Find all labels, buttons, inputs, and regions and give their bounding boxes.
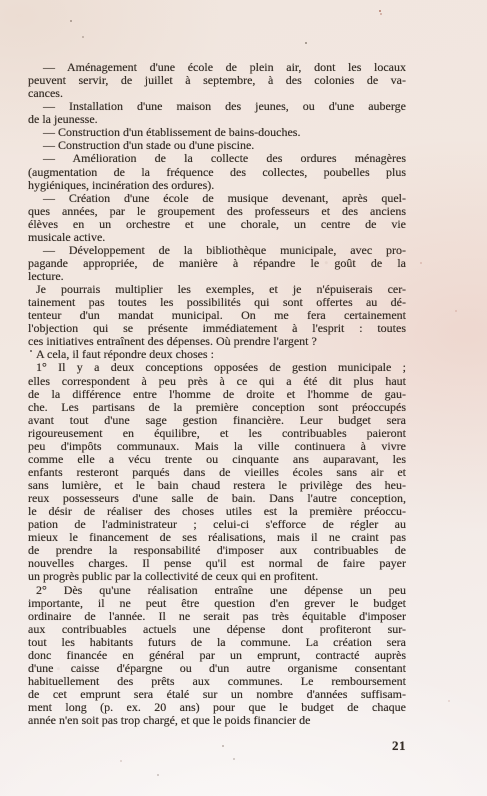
text-line: l'objection qui se présente immédiatemen… xyxy=(28,322,406,335)
text-block: — Aménagement d'une école de plein air, … xyxy=(28,61,406,727)
text-line: musicale active. xyxy=(28,231,406,244)
page-number: 21 xyxy=(28,738,406,754)
text-line: — Installation d'une maison des jeunes, … xyxy=(28,100,406,113)
text-line: cances. xyxy=(28,87,406,100)
paragraph: — Aménagement d'une école de plein air, … xyxy=(28,61,406,100)
text-line: de cet emprunt sera étalé sur un nombre … xyxy=(28,688,406,701)
paragraph: — Création d'une école de musique devena… xyxy=(28,192,406,244)
text-line: avant tout d'une sage gestion financière… xyxy=(28,414,406,427)
text-line: aux contribuables actuels une dépense do… xyxy=(28,623,406,636)
text-line: che. Les partisans de la première concep… xyxy=(28,401,406,414)
text-line: — Amélioration de la collecte des ordure… xyxy=(28,152,406,165)
paper-speckles xyxy=(0,0,2,2)
text-line: — Création d'une école de musique devena… xyxy=(28,192,406,205)
text-line: tainement pas toutes les possibilités qu… xyxy=(28,296,406,309)
text-line: nouvelles charges. Il pense qu'il est no… xyxy=(28,557,406,570)
text-line: peu d'impôts communaux. Mais la ville co… xyxy=(28,440,406,453)
paragraph: — Amélioration de la collecte des ordure… xyxy=(28,152,406,191)
paragraph: — Installation d'une maison des jeunes, … xyxy=(28,100,406,126)
text-line: sans lumière, et le bain chaud restera l… xyxy=(28,479,406,492)
text-line: Je pourrais multiplier les exemples, et … xyxy=(28,283,406,296)
text-line: — Construction d'un établissement de bai… xyxy=(28,126,406,139)
text-line: enfants resteront parqués dans de vieill… xyxy=(28,466,406,479)
text-line: — Aménagement d'une école de plein air, … xyxy=(28,61,406,74)
text-line: comme elle a vécu trente ou cinquante an… xyxy=(28,453,406,466)
text-line: lecture. xyxy=(28,270,406,283)
text-line: tenteur d'un mandat municipal. On me fer… xyxy=(28,309,406,322)
paragraph: — Construction d'un établissement de bai… xyxy=(28,126,406,139)
text-line: mieux le financement de ses réalisations… xyxy=(28,531,406,544)
text-line: ques années, par le groupement des profe… xyxy=(28,205,406,218)
text-line: donc financée en général par un emprunt,… xyxy=(28,649,406,662)
text-line: 1° Il y a deux conceptions opposées de g… xyxy=(28,361,406,374)
text-line: pagande appropriée, de manière à répandr… xyxy=(28,257,406,270)
text-line: de la différence entre l'homme de droite… xyxy=(28,388,406,401)
paragraph: — Construction d'un stade ou d'une pisci… xyxy=(28,139,406,152)
text-line: hygiéniques, incinération des ordures). xyxy=(28,179,406,192)
text-line: tout les habitants futurs de la commune.… xyxy=(28,636,406,649)
text-line: un progrès public par la collectivité de… xyxy=(28,570,406,583)
text-line: — Construction d'un stade ou d'une pisci… xyxy=(28,139,406,152)
text-line: ordinaire de l'année. Il ne serait pas t… xyxy=(28,610,406,623)
text-line: habituellement des prêts aux communes. L… xyxy=(28,675,406,688)
text-line: rigoureusement en équilibre, et les cont… xyxy=(28,427,406,440)
text-line: reux possesseurs d'une salle de bain. Da… xyxy=(28,492,406,505)
text-line: de prendre la responsabilité d'imposer a… xyxy=(28,544,406,557)
text-line: année n'en soit pas trop chargé, et que … xyxy=(28,714,406,727)
text-line: d'une caisse d'épargne ou d'un autre org… xyxy=(28,662,406,675)
text-line: le désir de réaliser des choses utiles e… xyxy=(28,505,406,518)
text-line: 2° Dès qu'une réalisation entraîne une d… xyxy=(28,584,406,597)
paragraph: A cela, il faut répondre deux choses : xyxy=(28,348,406,361)
paragraph: Je pourrais multiplier les exemples, et … xyxy=(28,283,406,348)
text-line: peuvent servir, de juillet à septembre, … xyxy=(28,74,406,87)
text-line: importante, il ne peut être question d'e… xyxy=(28,597,406,610)
text-line: A cela, il faut répondre deux choses : xyxy=(28,348,406,361)
paragraph: 2° Dès qu'une réalisation entraîne une d… xyxy=(28,584,406,728)
book-page: — Aménagement d'une école de plein air, … xyxy=(0,0,487,796)
text-line: pation de l'administrateur ; celui-ci s'… xyxy=(28,518,406,531)
text-line: ment long (p. ex. 20 ans) pour que le bu… xyxy=(28,701,406,714)
paragraph: 1° Il y a deux conceptions opposées de g… xyxy=(28,361,406,583)
text-line: de la jeunesse. xyxy=(28,113,406,126)
text-line: élèves en un orchestre et une chorale, u… xyxy=(28,218,406,231)
text-line: ces initiatives entraînent des dépenses.… xyxy=(28,335,406,348)
text-line: (augmentation de la fréquence des collec… xyxy=(28,166,406,179)
paragraph: — Développement de la bibliothèque munic… xyxy=(28,244,406,283)
text-line: elles correspondent à peu près à ce qui … xyxy=(28,375,406,388)
text-line: — Développement de la bibliothèque munic… xyxy=(28,244,406,257)
